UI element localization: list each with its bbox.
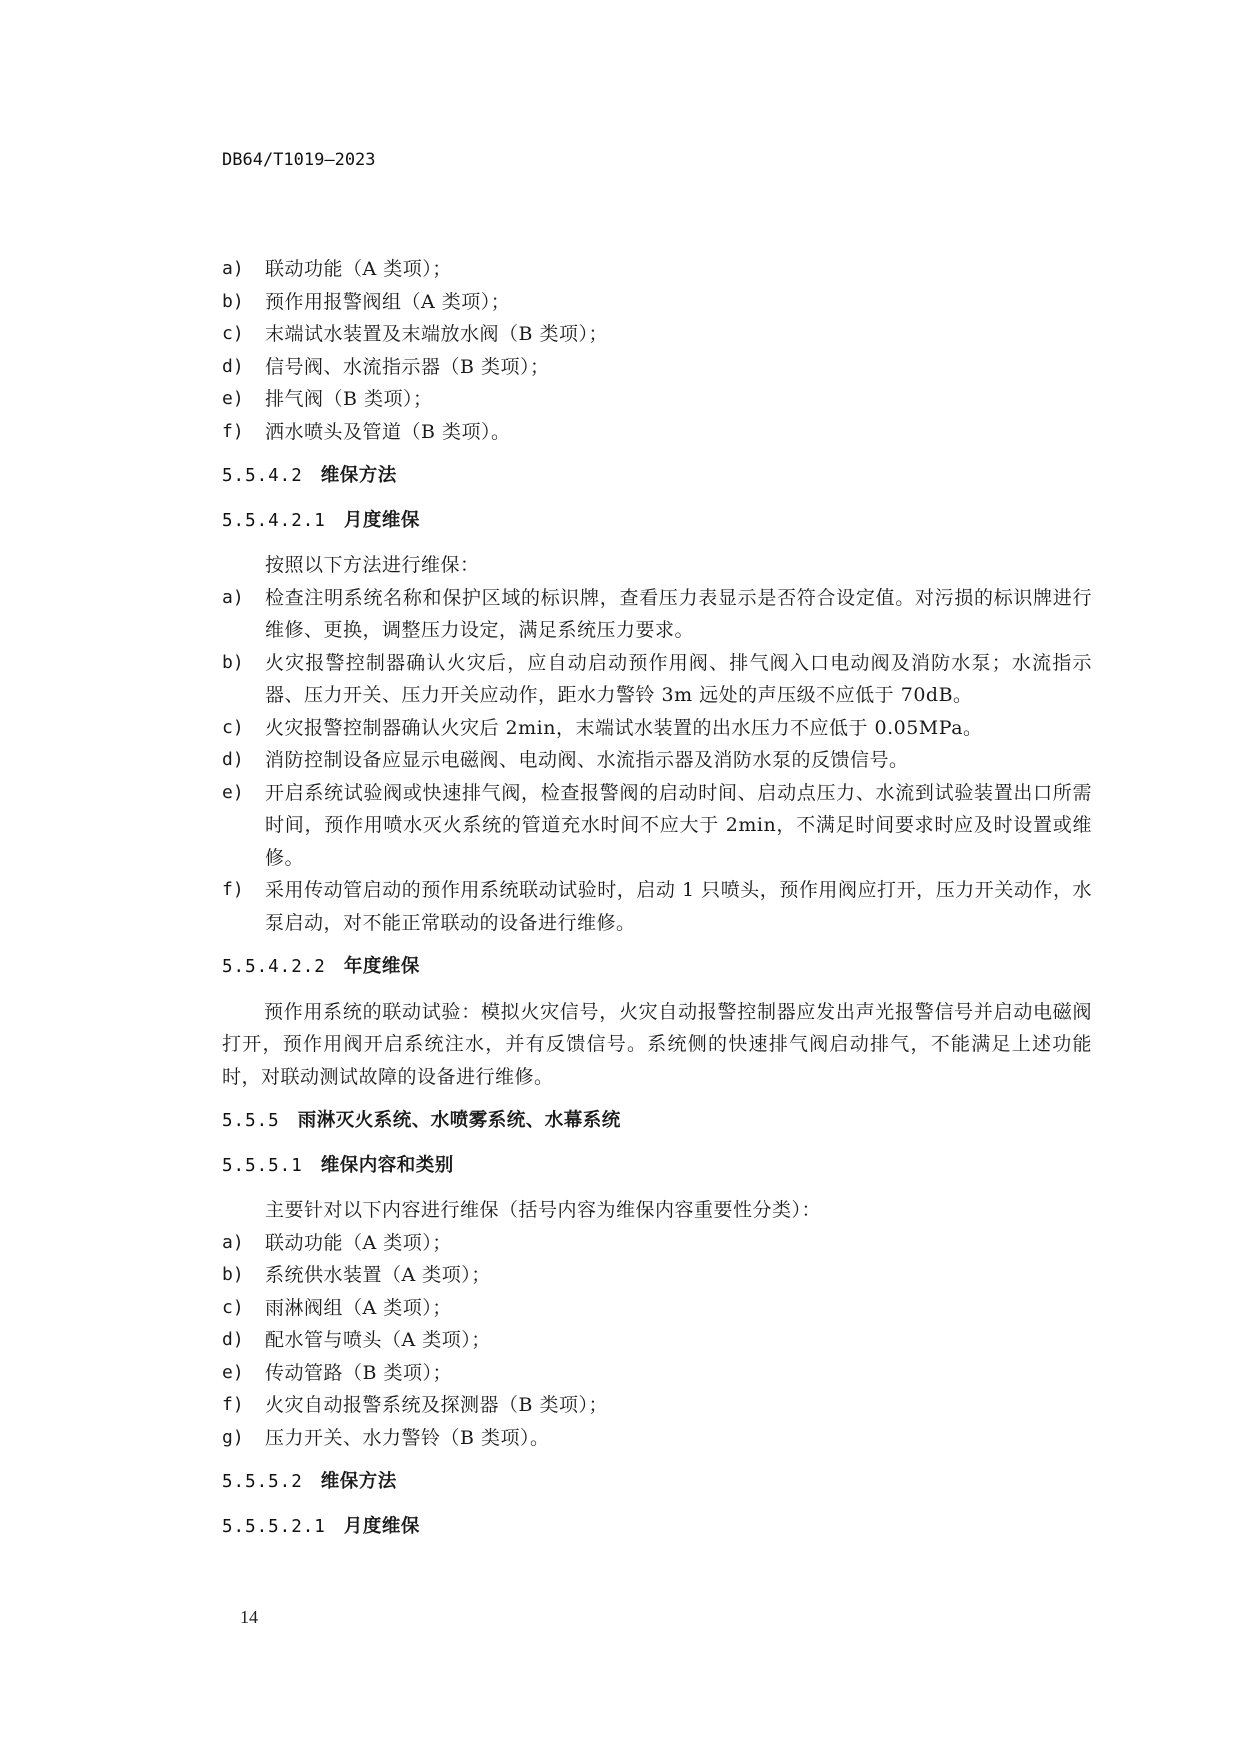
section-number: 5.5.5.1: [222, 1150, 303, 1183]
list-marker: d): [222, 1324, 265, 1357]
list-item: c) 火灾报警控制器确认火灾后 2min，末端试水装置的出水压力不应低于 0.0…: [222, 712, 1092, 745]
section-number: 5.5.4.2: [222, 460, 303, 493]
list-marker: c): [222, 712, 265, 745]
list-item: a) 联动功能（A 类项）；: [222, 253, 1092, 286]
section-5-5-5-1-intro: 主要针对以下内容进行维保（括号内容为维保内容重要性分类）：: [222, 1194, 1092, 1227]
list-item-text: 开启系统试验阀或快速排气阀，检查报警阀的启动时间、启动点压力、水流到试验装置出口…: [265, 777, 1092, 875]
list-item: d) 信号阀、水流指示器（B 类项）；: [222, 351, 1092, 384]
list-marker: d): [222, 351, 265, 384]
list-marker: g): [222, 1422, 265, 1455]
page-content: a) 联动功能（A 类项）； b) 预作用报警阀组（A 类项）； c) 末端试水…: [222, 253, 1092, 1543]
list-item: c) 末端试水装置及末端放水阀（B 类项）；: [222, 318, 1092, 351]
section-heading-5-5-5-2-1: 5.5.5.2.1 月度维保: [222, 1511, 1092, 1544]
section-title: 年度维保: [344, 951, 420, 984]
section-heading-5-5-5-2: 5.5.5.2 维保方法: [222, 1466, 1092, 1499]
section-title: 维保方法: [321, 460, 397, 493]
maintenance-category-list-5-5-5-1: a) 联动功能（A 类项）； b) 系统供水装置（A 类项）； c) 雨淋阀组（…: [222, 1227, 1092, 1455]
section-heading-5-5-4-2-1: 5.5.4.2.1 月度维保: [222, 505, 1092, 538]
list-marker: c): [222, 1292, 265, 1325]
section-title: 维保内容和类别: [321, 1150, 454, 1183]
maintenance-category-list-5-5-4-1: a) 联动功能（A 类项）； b) 预作用报警阀组（A 类项）； c) 末端试水…: [222, 253, 1092, 448]
section-heading-5-5-5-1: 5.5.5.1 维保内容和类别: [222, 1150, 1092, 1183]
list-marker: f): [222, 416, 265, 449]
list-item: e) 排气阀（B 类项）；: [222, 383, 1092, 416]
list-item: c) 雨淋阀组（A 类项）；: [222, 1292, 1092, 1325]
list-item-text: 压力开关、水力警铃（B 类项）。: [265, 1422, 1092, 1455]
monthly-maintenance-list: a) 检查注明系统名称和保护区域的标识牌，查看压力表显示是否符合设定值。对污损的…: [222, 582, 1092, 940]
list-item-text: 联动功能（A 类项）；: [265, 1227, 1092, 1260]
list-item-text: 信号阀、水流指示器（B 类项）；: [265, 351, 1092, 384]
section-number: 5.5.4.2.1: [222, 505, 326, 538]
list-item-text: 联动功能（A 类项）；: [265, 253, 1092, 286]
list-item: f) 火灾自动报警系统及探测器（B 类项）；: [222, 1389, 1092, 1422]
list-marker: a): [222, 1227, 265, 1260]
section-number: 5.5.4.2.2: [222, 951, 326, 984]
list-item-text: 火灾报警控制器确认火灾后 2min，末端试水装置的出水压力不应低于 0.05MP…: [265, 712, 1092, 745]
list-item-text: 传动管路（B 类项）；: [265, 1357, 1092, 1390]
list-item: e) 开启系统试验阀或快速排气阀，检查报警阀的启动时间、启动点压力、水流到试验装…: [222, 777, 1092, 875]
list-item-text: 采用传动管启动的预作用系统联动试验时，启动 1 只喷头，预作用阀应打开，压力开关…: [265, 874, 1092, 939]
list-item: b) 预作用报警阀组（A 类项）；: [222, 286, 1092, 319]
list-item-text: 末端试水装置及末端放水阀（B 类项）；: [265, 318, 1092, 351]
list-item-text: 雨淋阀组（A 类项）；: [265, 1292, 1092, 1325]
page-number: 14: [240, 1607, 258, 1628]
list-marker: b): [222, 286, 265, 319]
section-title: 维保方法: [321, 1466, 397, 1499]
section-heading-5-5-5: 5.5.5 雨淋灭火系统、水喷雾系统、水幕系统: [222, 1105, 1092, 1138]
list-marker: e): [222, 777, 265, 810]
list-marker: b): [222, 1259, 265, 1292]
list-item-text: 消防控制设备应显示电磁阀、电动阀、水流指示器及消防水泵的反馈信号。: [265, 744, 1092, 777]
list-marker: e): [222, 383, 265, 416]
annual-maintenance-paragraph: 预作用系统的联动试验：模拟火灾信号，火灾自动报警控制器应发出声光报警信号并启动电…: [222, 996, 1092, 1094]
list-marker: a): [222, 253, 265, 286]
document-code: DB64/T1019—2023: [222, 150, 376, 170]
list-item-text: 排气阀（B 类项）；: [265, 383, 1092, 416]
section-number: 5.5.5.2: [222, 1466, 303, 1499]
list-item: b) 系统供水装置（A 类项）；: [222, 1259, 1092, 1292]
section-title: 月度维保: [344, 505, 420, 538]
list-marker: e): [222, 1357, 265, 1390]
section-heading-5-5-4-2: 5.5.4.2 维保方法: [222, 460, 1092, 493]
list-item-text: 火灾自动报警系统及探测器（B 类项）；: [265, 1389, 1092, 1422]
list-marker: d): [222, 744, 265, 777]
list-marker: f): [222, 874, 265, 907]
list-item: a) 联动功能（A 类项）；: [222, 1227, 1092, 1260]
list-item-text: 洒水喷头及管道（B 类项）。: [265, 416, 1092, 449]
list-item: d) 消防控制设备应显示电磁阀、电动阀、水流指示器及消防水泵的反馈信号。: [222, 744, 1092, 777]
list-item: b) 火灾报警控制器确认火灾后，应自动启动预作用阀、排气阀入口电动阀及消防水泵；…: [222, 647, 1092, 712]
list-item-text: 火灾报警控制器确认火灾后，应自动启动预作用阀、排气阀入口电动阀及消防水泵；水流指…: [265, 647, 1092, 712]
list-marker: b): [222, 647, 265, 680]
list-item: f) 采用传动管启动的预作用系统联动试验时，启动 1 只喷头，预作用阀应打开，压…: [222, 874, 1092, 939]
section-number: 5.5.5: [222, 1105, 280, 1138]
list-item: e) 传动管路（B 类项）；: [222, 1357, 1092, 1390]
list-item-text: 预作用报警阀组（A 类项）；: [265, 286, 1092, 319]
list-marker: f): [222, 1389, 265, 1422]
list-item-text: 配水管与喷头（A 类项）；: [265, 1324, 1092, 1357]
list-item: d) 配水管与喷头（A 类项）；: [222, 1324, 1092, 1357]
section-title: 雨淋灭火系统、水喷雾系统、水幕系统: [298, 1105, 621, 1138]
list-item: a) 检查注明系统名称和保护区域的标识牌，查看压力表显示是否符合设定值。对污损的…: [222, 582, 1092, 647]
section-title: 月度维保: [344, 1511, 420, 1544]
document-page: DB64/T1019—2023 a) 联动功能（A 类项）； b) 预作用报警阀…: [0, 0, 1241, 1755]
list-item-text: 检查注明系统名称和保护区域的标识牌，查看压力表显示是否符合设定值。对污损的标识牌…: [265, 582, 1092, 647]
list-marker: a): [222, 582, 265, 615]
section-number: 5.5.5.2.1: [222, 1511, 326, 1544]
section-heading-5-5-4-2-2: 5.5.4.2.2 年度维保: [222, 951, 1092, 984]
list-marker: c): [222, 318, 265, 351]
list-item: f) 洒水喷头及管道（B 类项）。: [222, 416, 1092, 449]
list-item: g) 压力开关、水力警铃（B 类项）。: [222, 1422, 1092, 1455]
monthly-intro-text: 按照以下方法进行维保：: [222, 549, 1092, 582]
list-item-text: 系统供水装置（A 类项）；: [265, 1259, 1092, 1292]
